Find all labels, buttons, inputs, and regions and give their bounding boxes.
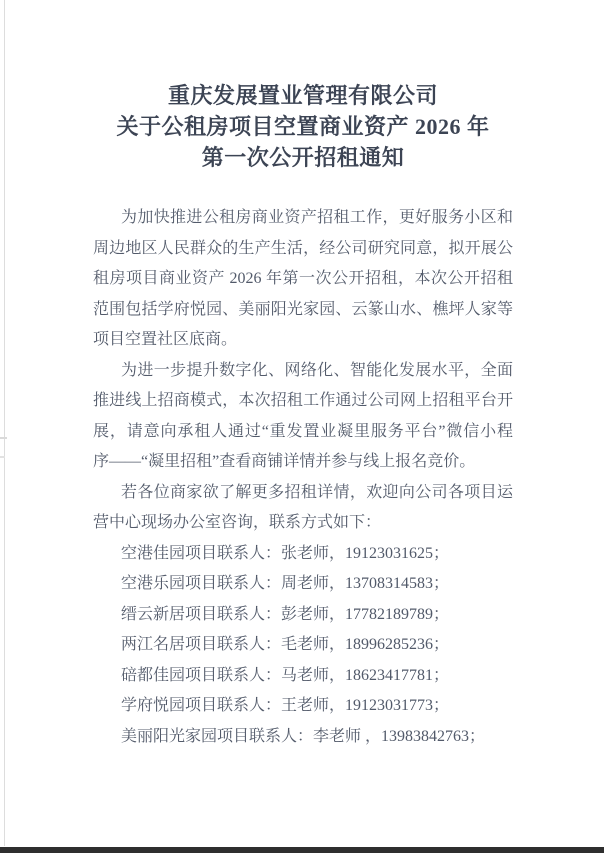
body-line: 若各位商家欲了解更多招租详情，欢迎向公司各项目运 [93, 478, 513, 509]
body-line: 项目空置社区底商。 [93, 325, 513, 356]
body-line: 营中心现场办公室咨询，联系方式如下： [93, 508, 513, 539]
body-line: 序——“凝里招租”查看商铺详情并参与线上报名竞价。 [93, 447, 513, 478]
contact-line: 两江名居项目联系人：毛老师，18996285236； [93, 630, 513, 661]
body-line: 租房项目商业资产 2026 年第一次公开招租，本次公开招租 [93, 264, 513, 295]
title-line: 关于公租房项目空置商业资产 2026 年 [93, 111, 513, 142]
scan-edge-left [4, 0, 5, 846]
body-line: 范围包括学府悦园、美丽阳光家园、云篆山水、樵坪人家等 [93, 295, 513, 326]
contact-line: 空港佳园项目联系人：张老师，19123031625； [93, 539, 513, 570]
title-line: 重庆发展置业管理有限公司 [93, 80, 513, 111]
scan-edge-bottom [0, 847, 604, 853]
document-page: 重庆发展置业管理有限公司 关于公租房项目空置商业资产 2026 年 第一次公开招… [0, 0, 604, 853]
body-line: 为加快推进公租房商业资产招租工作，更好服务小区和 [93, 203, 513, 234]
scan-artifact [0, 456, 5, 458]
body-line: 展，请意向承租人通过“重发置业凝里服务平台”微信小程 [93, 417, 513, 448]
notice-body: 为加快推进公租房商业资产招租工作，更好服务小区和 周边地区人民群众的生产生活，经… [93, 203, 513, 752]
contact-line: 空港乐园项目联系人：周老师，13708314583； [93, 569, 513, 600]
contact-line: 缙云新居项目联系人：彭老师，17782189789； [93, 600, 513, 631]
contact-line: 学府悦园项目联系人：王老师，19123031773； [93, 691, 513, 722]
scan-artifact [0, 437, 7, 439]
contact-line: 碚都佳园项目联系人：马老师，18623417781； [93, 661, 513, 692]
body-line: 为进一步提升数字化、网络化、智能化发展水平，全面 [93, 356, 513, 387]
contact-line: 美丽阳光家园项目联系人：李老师 ，13983842763； [93, 722, 513, 753]
title-line: 第一次公开招租通知 [93, 142, 513, 173]
notice-title: 重庆发展置业管理有限公司 关于公租房项目空置商业资产 2026 年 第一次公开招… [93, 80, 513, 173]
body-line: 周边地区人民群众的生产生活，经公司研究同意，拟开展公 [93, 234, 513, 265]
body-line: 推进线上招商模式，本次招租工作通过公司网上招租平台开 [93, 386, 513, 417]
